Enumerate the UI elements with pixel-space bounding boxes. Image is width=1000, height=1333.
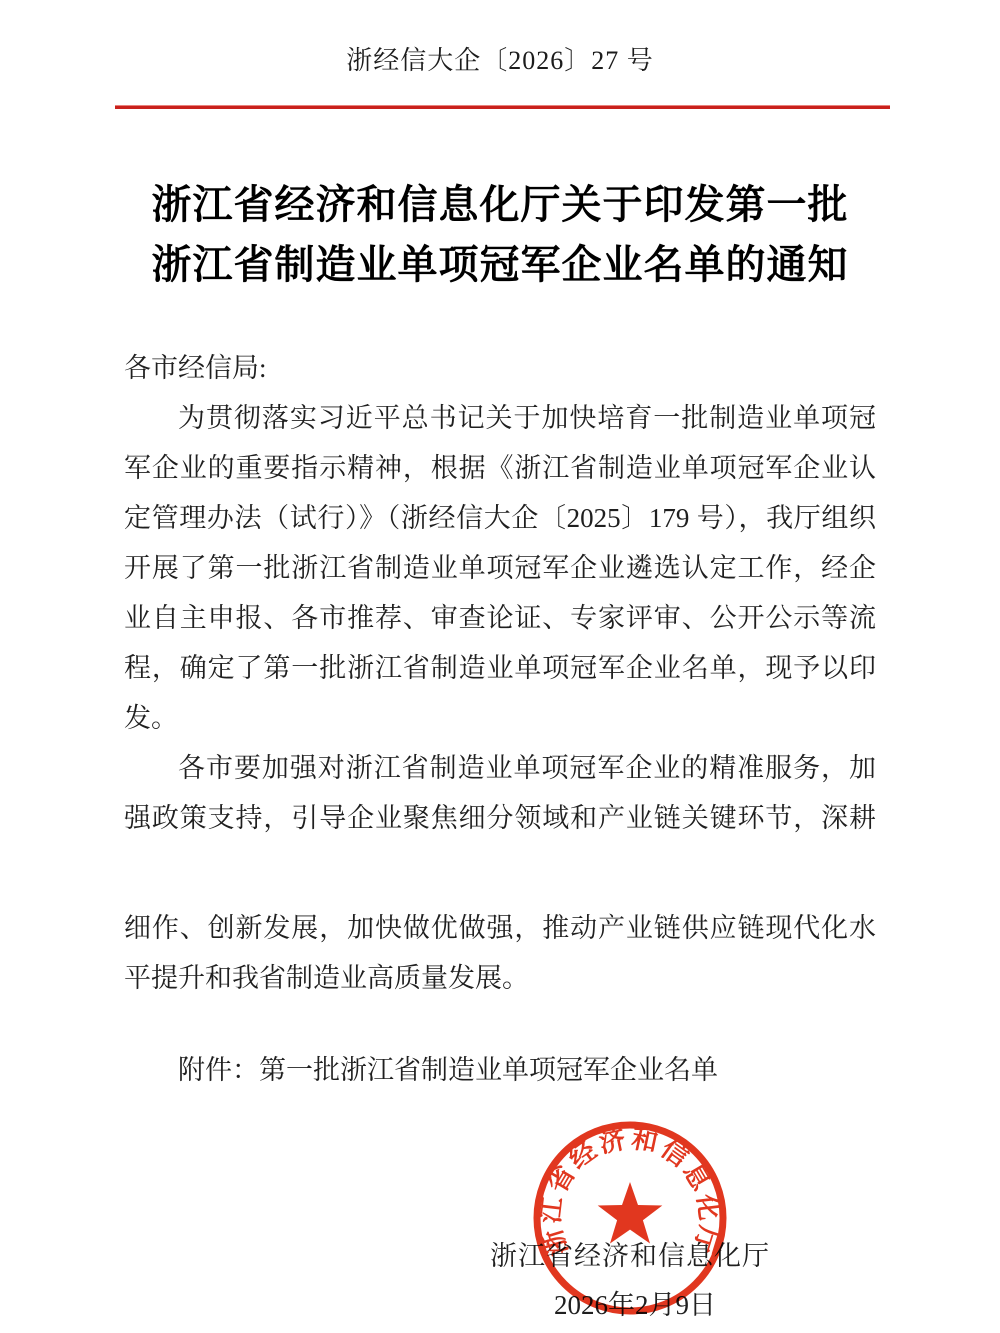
body-line: 强政策支持，引导企业聚焦细分领域和产业链关键环节，深耕 <box>124 793 876 843</box>
body-line: 为贯彻落实习近平总书记关于加快培育一批制造业单项冠 <box>124 393 876 443</box>
attachment-gap <box>124 1003 876 1045</box>
page-break-gap <box>124 843 876 903</box>
document-title: 浙江省经济和信息化厅关于印发第一批 浙江省制造业单项冠军企业名单的通知 <box>0 175 1000 295</box>
body-line: 程，确定了第一批浙江省制造业单项冠军企业名单，现予以印 <box>124 643 876 693</box>
body-line: 发。 <box>124 693 876 743</box>
body-line: 业自主申报、各市推荐、审查论证、专家评审、公开公示等流 <box>124 593 876 643</box>
title-line-1: 浙江省经济和信息化厅关于印发第一批 <box>0 175 1000 235</box>
body-line: 开展了第一批浙江省制造业单项冠军企业遴选认定工作，经企 <box>124 543 876 593</box>
document-number: 浙经信大企〔2026〕27 号 <box>0 40 1000 77</box>
body-line: 细作、创新发展，加快做优做强，推动产业链供应链现代化水 <box>124 903 876 953</box>
document-body: 各市经信局: 为贯彻落实习近平总书记关于加快培育一批制造业单项冠 军企业的重要指… <box>124 343 876 1095</box>
official-seal: 浙江省经济和信息化厅 <box>530 1118 730 1318</box>
red-star-icon <box>598 1182 663 1244</box>
salutation: 各市经信局: <box>124 343 876 393</box>
red-divider-line <box>115 105 890 109</box>
attachment-line: 附件：第一批浙江省制造业单项冠军企业名单 <box>124 1045 876 1095</box>
body-line: 军企业的重要指示精神，根据《浙江省制造业单项冠军企业认 <box>124 443 876 493</box>
body-line: 定管理办法（试行）》（浙经信大企〔2025〕179 号），我厅组织 <box>124 493 876 543</box>
body-line: 平提升和我省制造业高质量发展。 <box>124 953 876 1003</box>
body-line: 各市要加强对浙江省制造业单项冠军企业的精准服务，加 <box>124 743 876 793</box>
title-line-2: 浙江省制造业单项冠军企业名单的通知 <box>0 235 1000 295</box>
official-document-page: 浙经信大企〔2026〕27 号 浙江省经济和信息化厅关于印发第一批 浙江省制造业… <box>0 0 1000 1333</box>
